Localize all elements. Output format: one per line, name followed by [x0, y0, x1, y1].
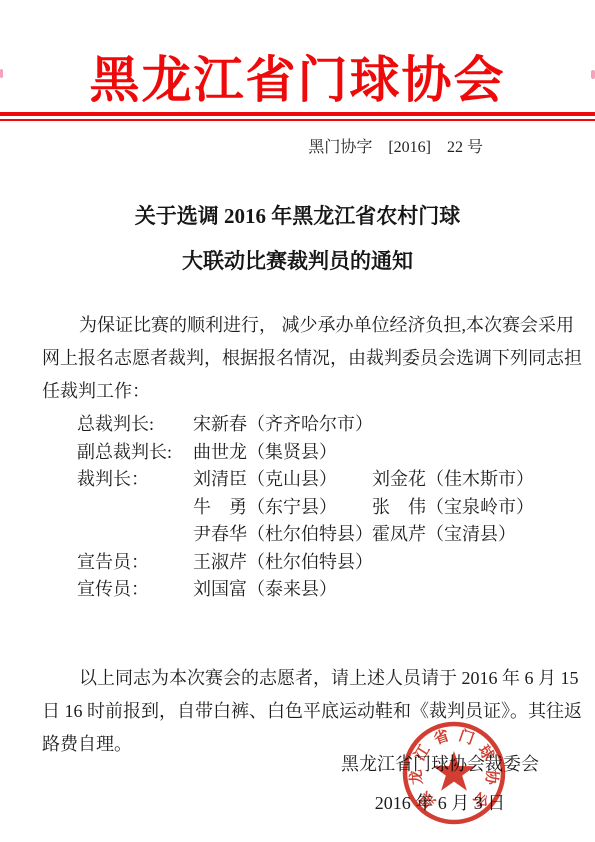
referee-name: 曲世龙（集贤县） — [193, 441, 372, 469]
roster-row: 宣传员： 刘国富（泰来县） — [77, 578, 557, 606]
roster-row: 裁判长： 刘清臣（克山县） 刘金花（佳木斯市） — [77, 468, 557, 496]
referee-name: 宋新春（齐齐哈尔市） — [193, 413, 372, 441]
roster-row: 尹春华（杜尔伯特县） 霍凤芹（宝清县） — [77, 523, 557, 551]
referee-name — [372, 413, 557, 441]
roster-row: 宣告员： 王淑芹（杜尔伯特县） — [77, 551, 557, 579]
scan-artifact-right — [591, 70, 595, 79]
referee-roster: 总裁判长: 宋新春（齐齐哈尔市） 副总裁判长: 曲世龙（集贤县） 裁判长： 刘清… — [77, 413, 557, 606]
red-header-org-name: 黑龙江省门球协会 — [0, 52, 595, 108]
role-label: 副总裁判长: — [77, 441, 193, 469]
role-label — [77, 496, 193, 524]
referee-name: 王淑芹（杜尔伯特县） — [193, 551, 372, 579]
notice-title: 关于选调 2016 年黑龙江省农村门球 大联动比赛裁判员的通知 — [0, 203, 595, 293]
notice-title-line2: 大联动比赛裁判员的通知 — [0, 248, 595, 293]
intro-line: 网上报名志愿者裁判，根据报名情况，由裁判委员会选调下列同志担 — [42, 346, 555, 379]
referee-name — [372, 551, 557, 579]
signature-org: 黑龙江省门球协会裁委会 — [328, 753, 552, 775]
closing-paragraph: 以上同志为本次赛会的志愿者，请上述人员请于 2016 年 6 月 15 日 16… — [42, 666, 555, 765]
intro-line: 任裁判工作： — [42, 379, 555, 412]
role-label — [77, 523, 193, 551]
referee-name: 刘国富（泰来县） — [193, 578, 372, 606]
closing-line: 日 16 时前报到，自带白裤、白色平底运动鞋和《裁判员证》。其往返 — [42, 699, 555, 732]
roster-row: 副总裁判长: 曲世龙（集贤县） — [77, 441, 557, 469]
intro-paragraph: 为保证比赛的顺利进行， 减少承办单位经济负担,本次赛会采用 网上报名志愿者裁判，… — [42, 313, 555, 412]
intro-line: 为保证比赛的顺利进行， 减少承办单位经济负担,本次赛会采用 — [42, 313, 555, 346]
roster-row: 牛 勇（东宁县） 张 伟（宝泉岭市） — [77, 496, 557, 524]
referee-name — [372, 578, 557, 606]
referee-name: 尹春华（杜尔伯特县） — [193, 523, 372, 551]
referee-name: 刘清臣（克山县） — [193, 468, 372, 496]
red-rule-thick — [0, 112, 595, 116]
notice-title-line1: 关于选调 2016 年黑龙江省农村门球 — [0, 203, 595, 248]
red-rule-thin — [0, 119, 595, 121]
closing-line: 以上同志为本次赛会的志愿者，请上述人员请于 2016 年 6 月 15 — [42, 666, 555, 699]
referee-name: 刘金花（佳木斯市） — [372, 468, 557, 496]
roster-row: 总裁判长: 宋新春（齐齐哈尔市） — [77, 413, 557, 441]
document-number: 黑门协字 [2016] 22 号 — [0, 134, 595, 157]
role-label: 总裁判长: — [77, 413, 193, 441]
referee-name: 张 伟（宝泉岭市） — [372, 496, 557, 524]
referee-name: 牛 勇（东宁县） — [193, 496, 372, 524]
referee-name — [372, 441, 557, 469]
scan-artifact-left — [0, 69, 3, 78]
signature-block: 黑龙江省门球协会裁委会 2016 年 6 月 3 日 — [328, 753, 552, 814]
role-label: 裁判长： — [77, 468, 193, 496]
role-label: 宣传员： — [77, 578, 193, 606]
role-label: 宣告员： — [77, 551, 193, 579]
signature-date: 2016 年 6 月 3 日 — [328, 792, 552, 814]
referee-name: 霍凤芹（宝清县） — [372, 523, 557, 551]
document-page: 黑龙江省门球协会 黑门协字 [2016] 22 号 关于选调 2016 年黑龙江… — [0, 0, 595, 842]
